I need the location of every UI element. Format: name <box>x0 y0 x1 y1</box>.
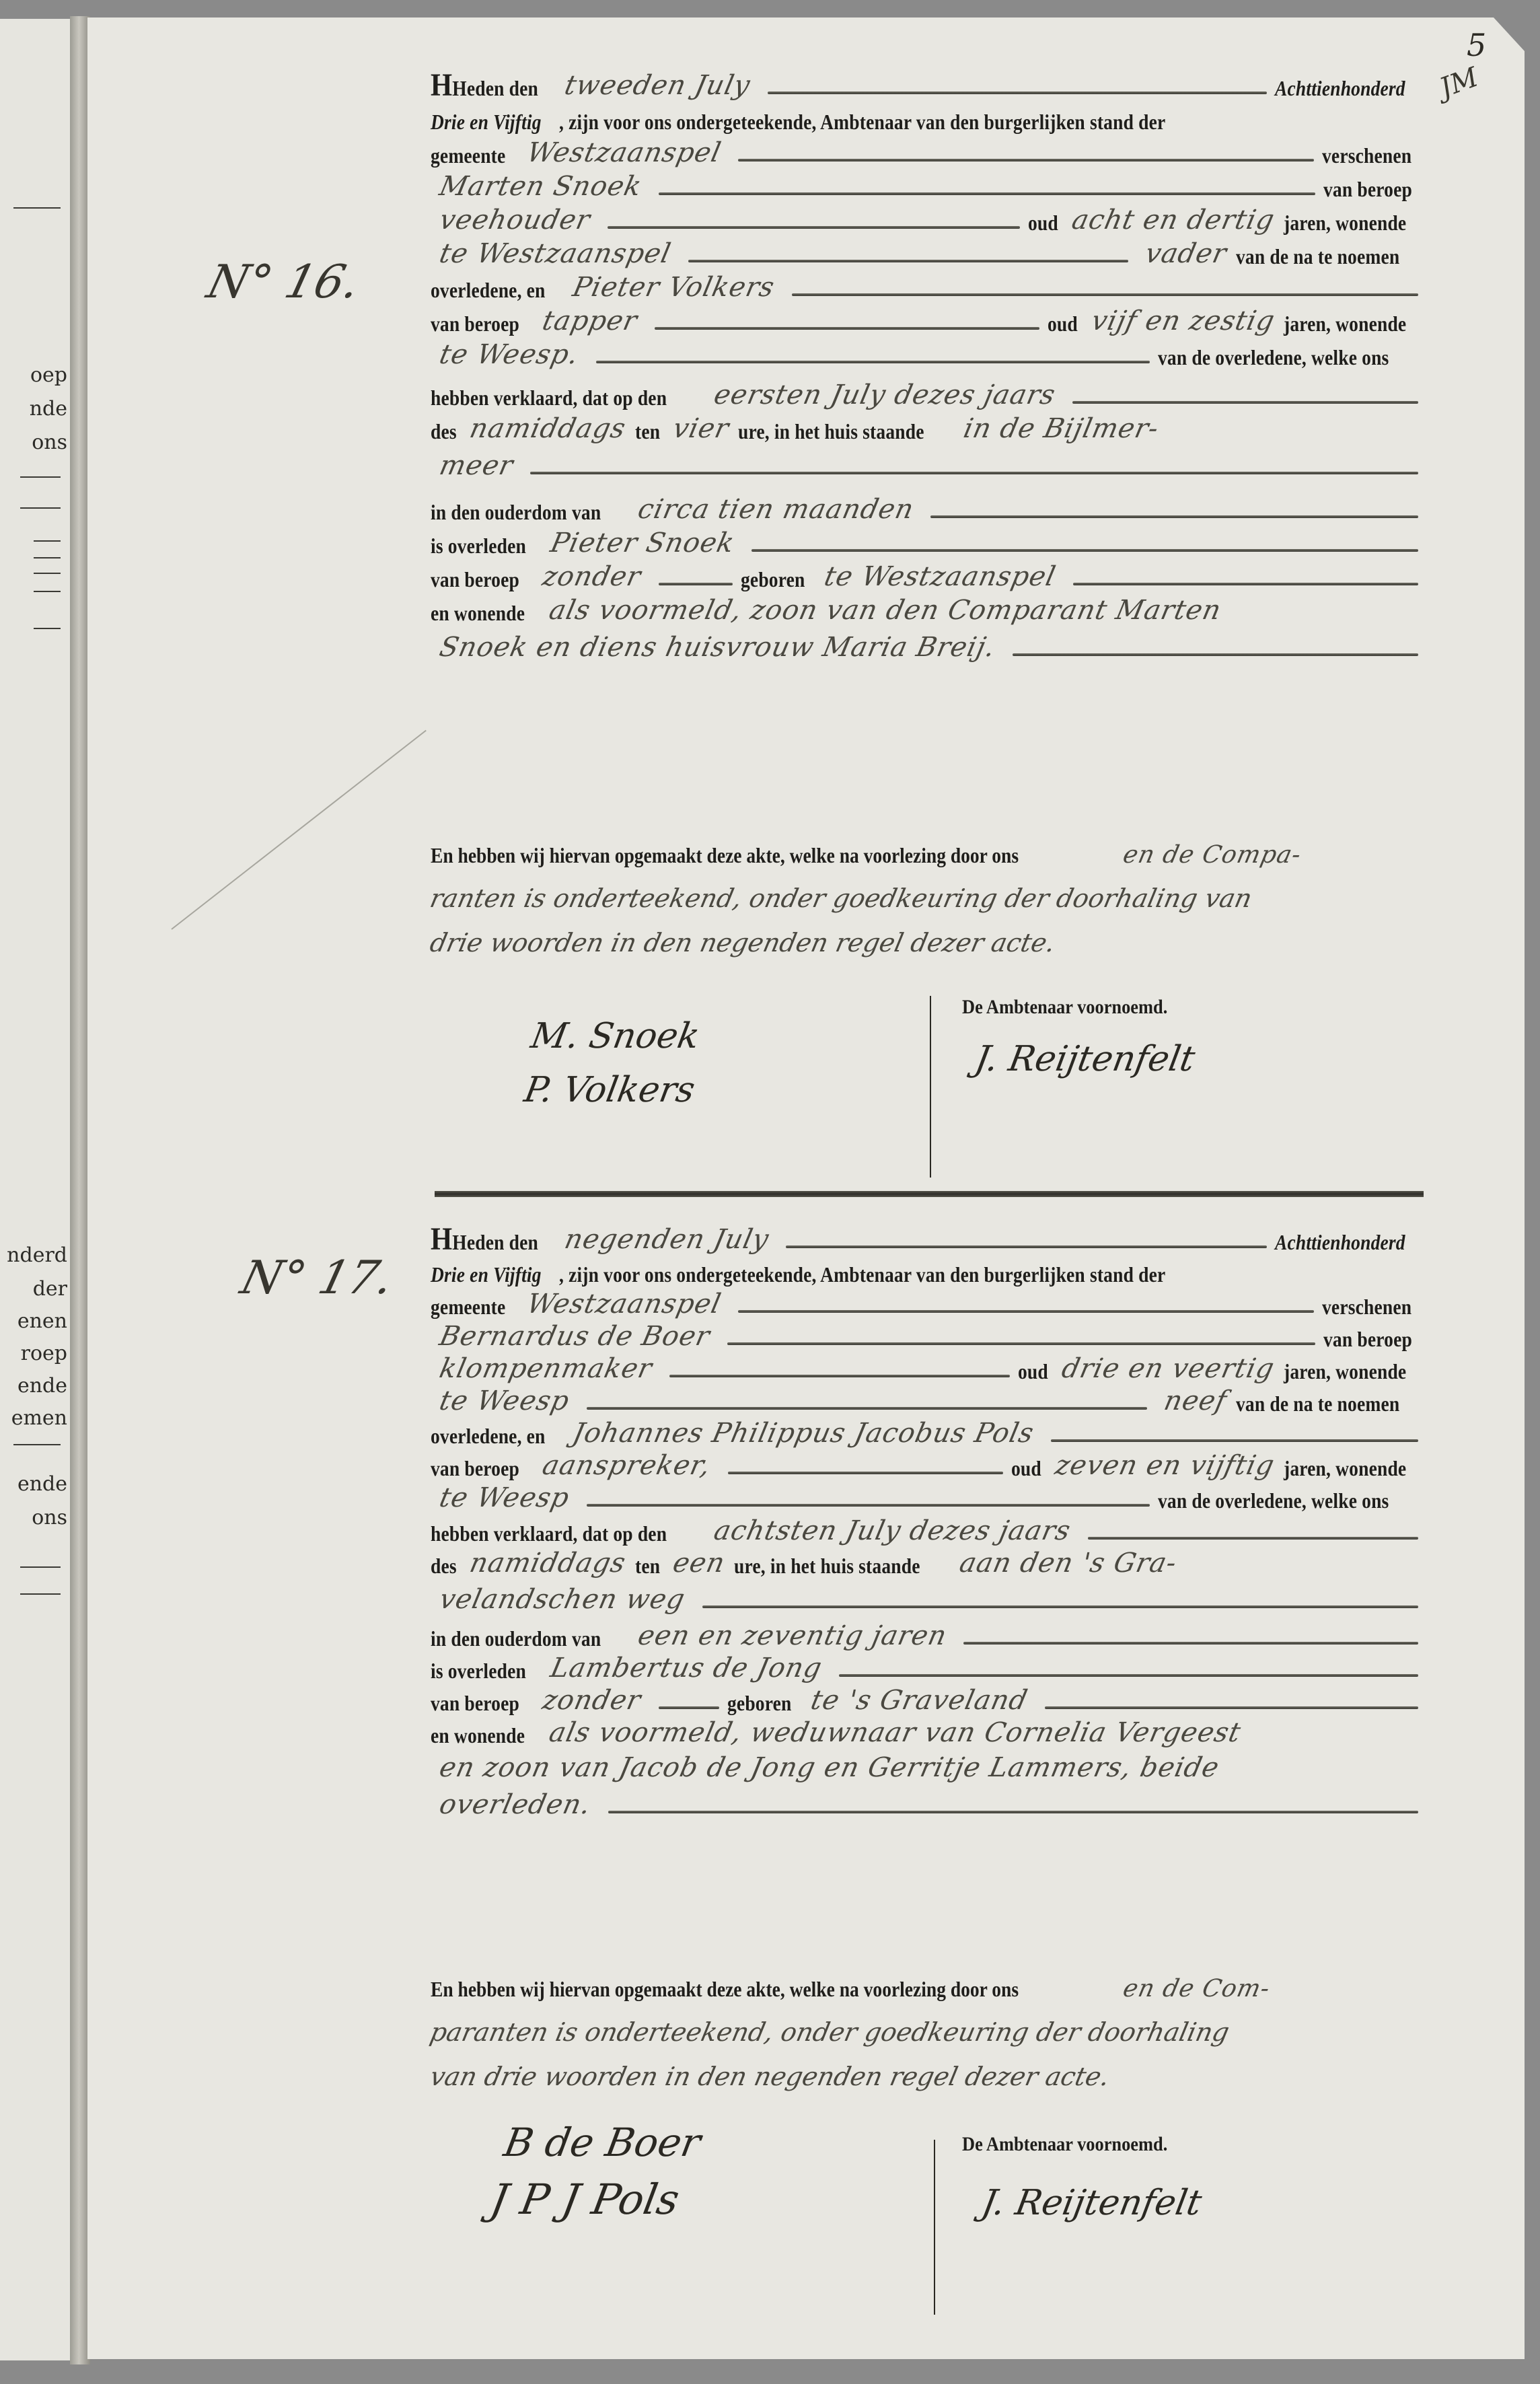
form-line: velandschen weg <box>431 1581 1426 1615</box>
handwritten-location: aan den 's Gra- <box>947 1548 1189 1579</box>
form-line: klompenmaker oud drie en veertig jaren, … <box>431 1350 1426 1384</box>
form-line: van beroep zonder geboren te 's Gravelan… <box>431 1682 1426 1716</box>
printed-text: Achttienhonderd <box>1275 1230 1405 1255</box>
handwritten-death-date: eersten July dezes jaars <box>702 380 1068 410</box>
handwritten-declarant-name: Bernardus de Boer <box>427 1321 723 1352</box>
left-page-text: emen <box>11 1406 67 1430</box>
form-line: te Westzaanspel vader van de na te noeme… <box>431 236 1426 269</box>
left-page-text: roep <box>21 1342 67 1365</box>
printed-text: , zijn voor ons ondergeteekende, Ambtena… <box>559 1262 1165 1287</box>
form-line: Marten Snoek van beroep <box>431 168 1426 202</box>
handwritten-occupation: veehouder <box>427 205 603 236</box>
form-line: HHeden den negenden July Achttienhonderd <box>431 1221 1426 1255</box>
form-line: Drie en Vijftig, zijn voor ons ondergete… <box>431 1254 1426 1287</box>
fill-rule <box>702 1605 1418 1608</box>
form-line: te Weesp neef van de na te noemen <box>431 1383 1426 1416</box>
handwritten-relation: vader <box>1133 238 1239 269</box>
left-page-text: nde <box>30 397 67 421</box>
left-page-rule <box>34 628 61 629</box>
printed-text: van beroep <box>431 567 519 592</box>
handwritten-declarant-name: Marten Snoek <box>427 171 654 202</box>
handwritten-occupation: zonder <box>531 561 654 592</box>
printed-text: in den ouderdom van <box>431 500 601 525</box>
handwritten-time-of-day: namiddags <box>457 413 638 444</box>
fill-rule <box>1045 1706 1418 1709</box>
handwritten-residence-detail: als voormeld, zoon van den Comparant Mar… <box>537 595 1233 626</box>
left-page-rule <box>34 557 61 558</box>
left-page-rule <box>34 573 61 574</box>
signature-divider <box>934 2140 935 2315</box>
printed-text: , zijn voor ons ondergeteekende, Ambtena… <box>559 110 1165 135</box>
handwritten-location: meer <box>427 450 525 481</box>
printed-text: is overleden <box>431 534 526 558</box>
fill-rule <box>1072 401 1418 404</box>
fill-rule <box>659 583 733 585</box>
entry-separator <box>435 1191 1424 1197</box>
printed-text: oud <box>1048 312 1078 336</box>
form-line: overledene, en Johannes Philippus Jacobu… <box>431 1415 1426 1449</box>
handwritten-age: acht en dertig <box>1060 205 1287 236</box>
form-line: van beroep zonder geboren te Westzaanspe… <box>431 558 1426 592</box>
printed-text: ure, in het huis staande <box>738 419 924 444</box>
printed-text: ten <box>635 419 660 444</box>
fill-rule <box>530 472 1418 474</box>
printed-text: des <box>431 419 457 444</box>
printed-text: verschenen <box>1322 143 1411 168</box>
fill-rule <box>728 1472 1003 1474</box>
left-page-rule <box>13 1444 61 1445</box>
handwritten-municipality: Westzaanspel <box>515 1289 733 1320</box>
left-page-text: ende <box>17 1374 67 1398</box>
printed-text: verschenen <box>1322 1295 1411 1320</box>
printed-text: oud <box>1028 211 1058 236</box>
handwritten-age: zeven en vijftig <box>1043 1450 1286 1481</box>
handwritten-location: velandschen weg <box>427 1584 697 1615</box>
printed-text: van de overledene, welke ons <box>1158 1488 1389 1513</box>
handwritten-closing: en de Compa- <box>1111 841 1313 869</box>
form-line: is overleden Pieter Snoek <box>431 525 1426 558</box>
printed-text: overledene, en <box>431 278 546 303</box>
signature: M. Snoek <box>528 1016 703 1056</box>
witness-signatures: M. Snoek P. Volkers <box>531 1016 699 1110</box>
left-page-text: nderd <box>7 1243 67 1267</box>
handwritten-residence: te Weesp. <box>427 339 591 370</box>
handwritten-age-of-deceased: circa tien maanden <box>626 494 926 525</box>
fill-rule <box>738 159 1314 161</box>
left-page-rule <box>20 507 61 509</box>
printed-text: hebben verklaard, dat op den <box>431 1521 667 1546</box>
fill-rule <box>587 1504 1150 1507</box>
handwritten-municipality: Westzaanspel <box>515 137 733 168</box>
left-page-text: der <box>33 1277 67 1301</box>
fill-rule <box>738 1310 1314 1313</box>
fill-rule <box>1088 1537 1418 1540</box>
signature: P. Volkers <box>521 1070 703 1110</box>
left-page-rule <box>34 591 61 592</box>
signature: J. Reijtenfelt <box>979 2183 1205 2223</box>
handwritten-age: drie en veertig <box>1050 1353 1287 1384</box>
printed-text: Drie en Vijftig <box>431 1262 542 1287</box>
fill-rule <box>839 1674 1418 1677</box>
entry-number: N° 17. <box>235 1252 399 1305</box>
form-line: Bernardus de Boer van beroep <box>431 1318 1426 1352</box>
form-line: Snoek en diens huisvrouw Maria Breij. <box>431 629 1426 663</box>
printed-text: jaren, wonende <box>1284 1359 1406 1384</box>
printed-text: van beroep <box>431 312 519 336</box>
printed-text: HHeden den <box>431 72 538 101</box>
left-page-rule <box>34 540 61 542</box>
printed-text: van beroep <box>1323 177 1412 202</box>
form-line: van beroep aanspreker, oud zeven en vijf… <box>431 1447 1426 1481</box>
fill-rule <box>751 549 1418 552</box>
handwritten-closing: paranten is onderteekend, onder goedkeur… <box>427 2017 1456 2047</box>
form-line: HHeden den tweeden July Achttienhonderd <box>431 67 1426 101</box>
signature-divider <box>930 996 931 1178</box>
official-label: De Ambtenaar voornoemd. <box>962 996 1167 1019</box>
handwritten-closing: en de Com- <box>1111 1975 1282 2002</box>
printed-text: is overleden <box>431 1659 526 1684</box>
printed-text: van de na te noemen <box>1236 244 1399 269</box>
printed-text: gemeente <box>431 1295 505 1320</box>
left-page-rule <box>20 1593 61 1595</box>
signature: J. Reijtenfelt <box>972 1039 1200 1079</box>
book-spine <box>70 16 90 2364</box>
printed-text: in den ouderdom van <box>431 1626 601 1651</box>
handwritten-age-of-deceased: een en zeventig jaren <box>626 1620 959 1651</box>
printed-text: van de na te noemen <box>1236 1392 1399 1416</box>
printed-text: van beroep <box>431 1456 519 1481</box>
form-line: hebben verklaard, dat op den eersten Jul… <box>431 377 1426 410</box>
fill-rule <box>786 1245 1266 1248</box>
form-line: gemeente Westzaanspel verschenen <box>431 1286 1426 1320</box>
official-signature-block: De Ambtenaar voornoemd. J. Reijtenfelt <box>962 996 1196 1079</box>
fill-rule <box>792 293 1418 296</box>
handwritten-parents: Snoek en diens huisvrouw Maria Breij. <box>427 632 1008 663</box>
form-line: Drie en Vijftig, zijn voor ons ondergete… <box>431 101 1426 135</box>
handwritten-witness-name: Pieter Volkers <box>560 272 786 303</box>
printed-text: gemeente <box>431 143 505 168</box>
handwritten-closing: ranten is onderteekend, onder goedkeurin… <box>427 883 1456 913</box>
form-line: en zoon van Jacob de Jong en Gerritje La… <box>431 1749 1426 1783</box>
form-line: is overleden Lambertus de Jong <box>431 1650 1426 1684</box>
handwritten-residence: te Westzaanspel <box>427 238 683 269</box>
printed-text: des <box>431 1554 457 1579</box>
handwritten-occupation: zonder <box>531 1685 654 1716</box>
printed-text: ure, in het huis staande <box>734 1554 920 1579</box>
handwritten-parents: overleden. <box>427 1789 603 1820</box>
handwritten-hour: een <box>661 1548 737 1579</box>
handwritten-age: vijf en zestig <box>1079 305 1287 336</box>
form-line: in den ouderdom van een en zeventig jare… <box>431 1618 1426 1651</box>
closing-statement: En hebben wij hiervan opgemaakt deze akt… <box>431 1975 1453 2091</box>
fill-rule <box>963 1642 1418 1645</box>
fill-rule <box>1013 653 1418 656</box>
page-number: 5 <box>1467 27 1486 63</box>
left-page-text: oep <box>30 363 67 387</box>
printed-text: geboren <box>741 567 805 592</box>
handwritten-closing: van drie woorden in den negenden regel d… <box>427 2062 1456 2091</box>
signature: B de Boer <box>501 2120 704 2165</box>
fill-rule <box>688 260 1129 262</box>
handwritten-witness-name: Johannes Philippus Jacobus Pols <box>560 1418 1046 1449</box>
handwritten-relation: neef <box>1152 1385 1239 1416</box>
witness-signatures: B de Boer J P J Pols <box>505 2120 700 2224</box>
fill-rule <box>596 361 1150 363</box>
printed-text: oud <box>1011 1456 1041 1481</box>
left-page-text: ons <box>32 431 67 454</box>
printed-text: van de overledene, welke ons <box>1158 345 1389 370</box>
left-page-text: ende <box>17 1472 67 1496</box>
form-line: van beroep tapper oud vijf en zestig jar… <box>431 303 1426 336</box>
official-signature-block: De Ambtenaar voornoemd. J. Reijtenfelt <box>962 2133 1201 2223</box>
handwritten-birthplace: te Westzaanspel <box>812 561 1068 592</box>
handwritten-date: tweeden July <box>552 70 762 101</box>
signature: J P J Pols <box>487 2175 704 2224</box>
printed-closing: En hebben wij hiervan opgemaakt deze akt… <box>431 1977 1019 2002</box>
printed-text: van beroep <box>431 1691 519 1716</box>
fill-rule <box>608 1811 1418 1813</box>
form-line: overledene, en Pieter Volkers <box>431 269 1426 303</box>
printed-text: jaren, wonende <box>1284 312 1406 336</box>
printed-closing: En hebben wij hiervan opgemaakt deze akt… <box>431 843 1019 868</box>
printed-text: en wonende <box>431 601 525 626</box>
printed-text: hebben verklaard, dat op den <box>431 386 667 410</box>
handwritten-occupation: tapper <box>531 305 651 336</box>
handwritten-residence: te Weesp <box>427 1482 582 1513</box>
printed-text: geboren <box>727 1691 791 1716</box>
handwritten-occupation: klompenmaker <box>427 1353 665 1384</box>
fill-rule <box>930 515 1418 518</box>
printed-text: Achttienhonderd <box>1275 76 1405 101</box>
fill-rule <box>587 1407 1147 1410</box>
handwritten-parents: en zoon van Jacob de Jong en Gerritje La… <box>427 1752 1231 1783</box>
form-line: veehouder oud acht en dertig jaren, wone… <box>431 202 1426 236</box>
printed-text: en wonende <box>431 1723 525 1748</box>
handwritten-hour: vier <box>661 413 741 444</box>
left-page-text: ons <box>32 1506 67 1529</box>
handwritten-date: negenden July <box>552 1224 781 1255</box>
fill-rule <box>768 92 1267 94</box>
form-line: hebben verklaard, dat op den achtsten Ju… <box>431 1513 1426 1546</box>
form-line: des namiddags ten vier ure, in het huis … <box>431 410 1426 444</box>
form-line: meer <box>431 447 1426 481</box>
printed-text: jaren, wonende <box>1284 211 1406 236</box>
form-line: te Weesp. van de overledene, welke ons <box>431 336 1426 370</box>
form-line: des namiddags ten een ure, in het huis s… <box>431 1545 1426 1579</box>
fill-rule <box>669 1375 1010 1377</box>
printed-text: overledene, en <box>431 1424 546 1449</box>
printed-text: jaren, wonende <box>1284 1456 1406 1481</box>
form-line: overleden. <box>431 1786 1426 1820</box>
fill-rule <box>659 1706 719 1709</box>
printed-text: ten <box>635 1554 660 1579</box>
handwritten-occupation: aanspreker, <box>531 1450 724 1481</box>
form-line: en wonende als voormeld, weduwnaar van C… <box>431 1714 1426 1748</box>
handwritten-residence: te Weesp <box>427 1385 582 1416</box>
handwritten-location: in de Bijlmer- <box>951 413 1171 444</box>
closing-statement: En hebben wij hiervan opgemaakt deze akt… <box>431 841 1453 958</box>
left-page-rule <box>20 476 61 478</box>
fill-rule <box>655 327 1039 330</box>
printed-text: HHeden den <box>431 1226 538 1255</box>
handwritten-death-date: achtsten July dezes jaars <box>702 1515 1083 1546</box>
fill-rule <box>1051 1439 1418 1442</box>
handwritten-closing: drie woorden in den negenden regel dezer… <box>427 928 1456 958</box>
printed-text: Drie en Vijftig <box>431 110 542 135</box>
left-page-rule <box>13 207 61 209</box>
official-label: De Ambtenaar voornoemd. <box>962 2133 1167 2156</box>
left-page-text: enen <box>17 1309 67 1333</box>
fill-rule <box>608 226 1020 229</box>
handwritten-deceased-name: Pieter Snoek <box>538 528 747 558</box>
form-line: te Weesp van de overledene, welke ons <box>431 1480 1426 1513</box>
handwritten-time-of-day: namiddags <box>457 1548 638 1579</box>
printed-text: oud <box>1018 1359 1048 1384</box>
fill-rule <box>1073 583 1419 585</box>
entry-number: N° 16. <box>202 256 365 309</box>
handwritten-deceased-name: Lambertus de Jong <box>538 1653 834 1684</box>
left-page-rule <box>20 1566 61 1568</box>
fill-rule <box>727 1342 1315 1345</box>
form-line: en wonende als voormeld, zoon van den Co… <box>431 592 1426 626</box>
fill-rule <box>659 192 1315 195</box>
left-page-edge: oep nde ons nderd der enen roep ende eme… <box>0 19 75 2360</box>
printed-text: van beroep <box>1323 1327 1412 1352</box>
handwritten-residence-detail: als voormeld, weduwnaar van Cornelia Ver… <box>537 1717 1253 1748</box>
handwritten-birthplace: te 's Graveland <box>799 1685 1040 1716</box>
form-line: gemeente Westzaanspel verschenen <box>431 135 1426 168</box>
form-line: in den ouderdom van circa tien maanden <box>431 491 1426 525</box>
